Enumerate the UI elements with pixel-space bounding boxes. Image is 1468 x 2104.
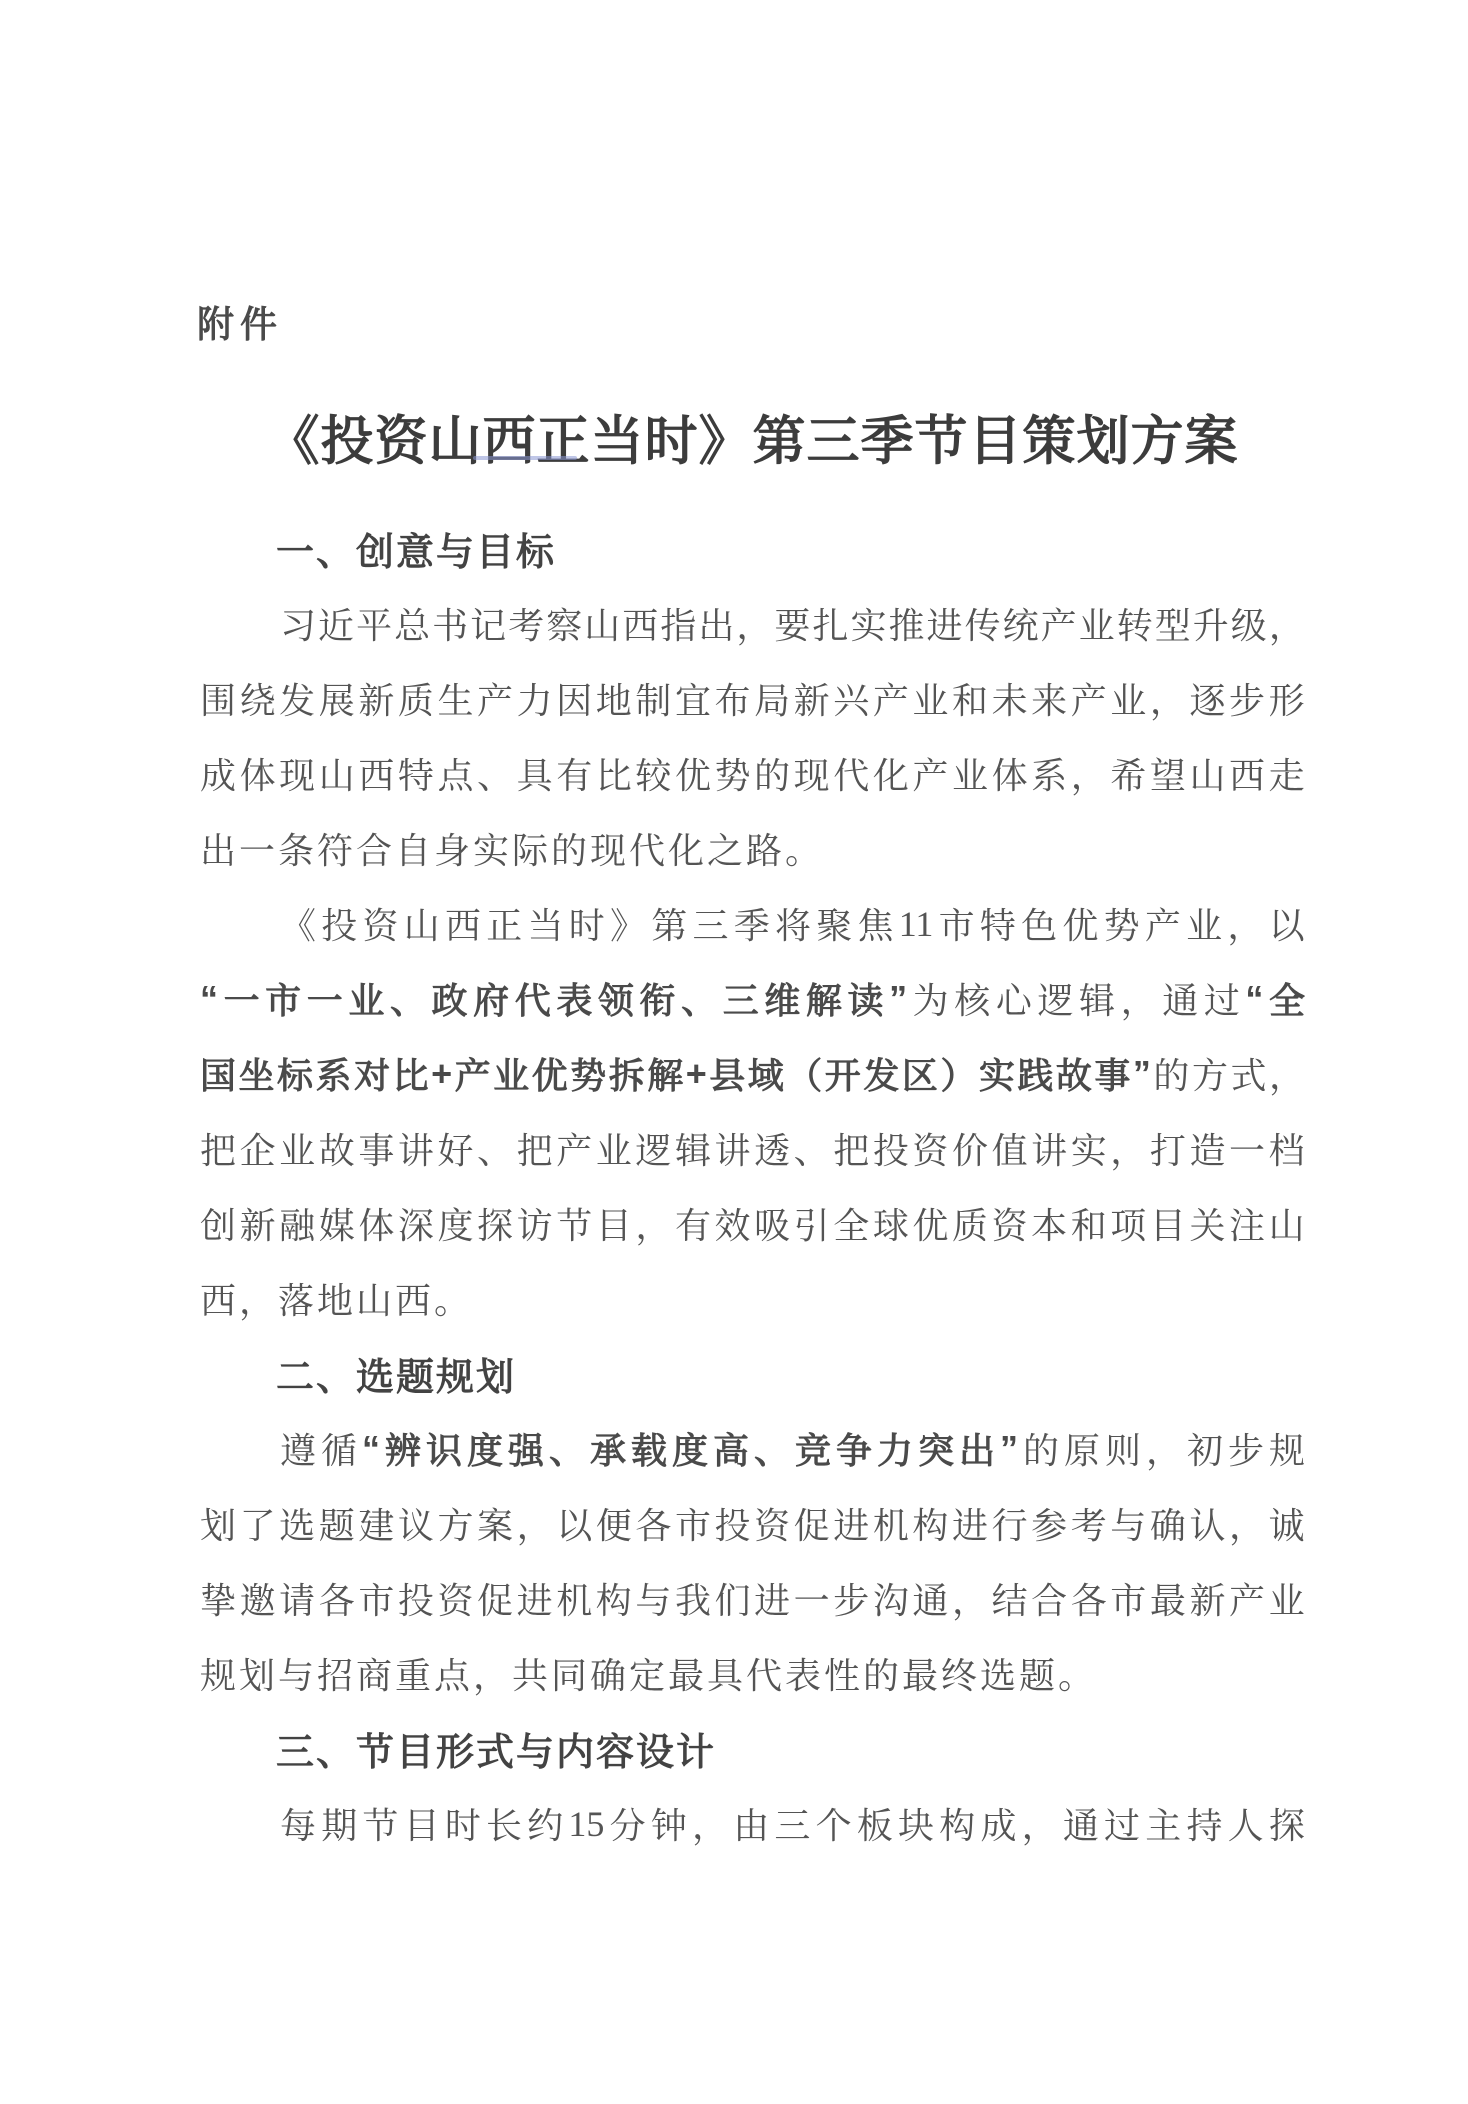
document-page: 附件 《投资山西正当时》第三季节目策划方案 一、创意与目标习近平总书记考察山西指… — [0, 0, 1468, 2104]
section-heading: 二、选题规划 — [200, 1336, 1305, 1411]
text-line: 出一条符合自身实际的现代化之路。 — [200, 811, 1305, 886]
text-line: 挚邀请各市投资促进机构与我们进一步沟通，结合各市最新产业 — [200, 1561, 1305, 1636]
text-line: 围绕发展新质生产力因地制宜布局新兴产业和未来产业，逐步形 — [200, 661, 1305, 736]
text-line: 《投资山西正当时》第三季将聚焦11市特色优势产业，以 — [200, 886, 1305, 961]
section-heading: 三、节目形式与内容设计 — [200, 1711, 1305, 1786]
section-heading-label: 二、选题规划 — [276, 1346, 516, 1401]
text-line: 习近平总书记考察山西指出，要扎实推进传统产业转型升级， — [200, 586, 1305, 661]
text-line: 把企业故事讲好、把产业逻辑讲透、把投资价值讲实，打造一档 — [200, 1111, 1305, 1186]
document-title: 《投资山西正当时》第三季节目策划方案 — [200, 400, 1305, 484]
text-line: 西，落地山西。 — [200, 1261, 1305, 1336]
section-heading: 一、创意与目标 — [200, 511, 1305, 586]
text-line: 成体现山西特点、具有比较优势的现代化产业体系，希望山西走 — [200, 736, 1305, 811]
text-line: 规划与招商重点，共同确定最具代表性的最终选题。 — [200, 1636, 1305, 1711]
text-line: 遵循“辨识度强、承载度高、竞争力突出”的原则，初步规 — [200, 1411, 1305, 1486]
attachment-label: 附件 — [197, 294, 283, 348]
text-line: 划了选题建议方案，以便各市投资促进机构进行参考与确认，诚 — [200, 1486, 1305, 1561]
scan-underline-artifact — [473, 456, 577, 460]
text-line: “一市一业、政府代表领衔、三维解读”为核心逻辑，通过“全 — [200, 961, 1305, 1036]
text-line: 每期节目时长约15分钟，由三个板块构成，通过主持人探 — [200, 1786, 1305, 1861]
section-heading-label: 三、节目形式与内容设计 — [276, 1721, 716, 1776]
document-body: 一、创意与目标习近平总书记考察山西指出，要扎实推进传统产业转型升级，围绕发展新质… — [200, 511, 1305, 1861]
text-line: 国坐标系对比+产业优势拆解+县域（开发区）实践故事”的方式， — [200, 1036, 1305, 1111]
text-line: 创新融媒体深度探访节目，有效吸引全球优质资本和项目关注山 — [200, 1186, 1305, 1261]
section-heading-label: 一、创意与目标 — [276, 521, 556, 576]
